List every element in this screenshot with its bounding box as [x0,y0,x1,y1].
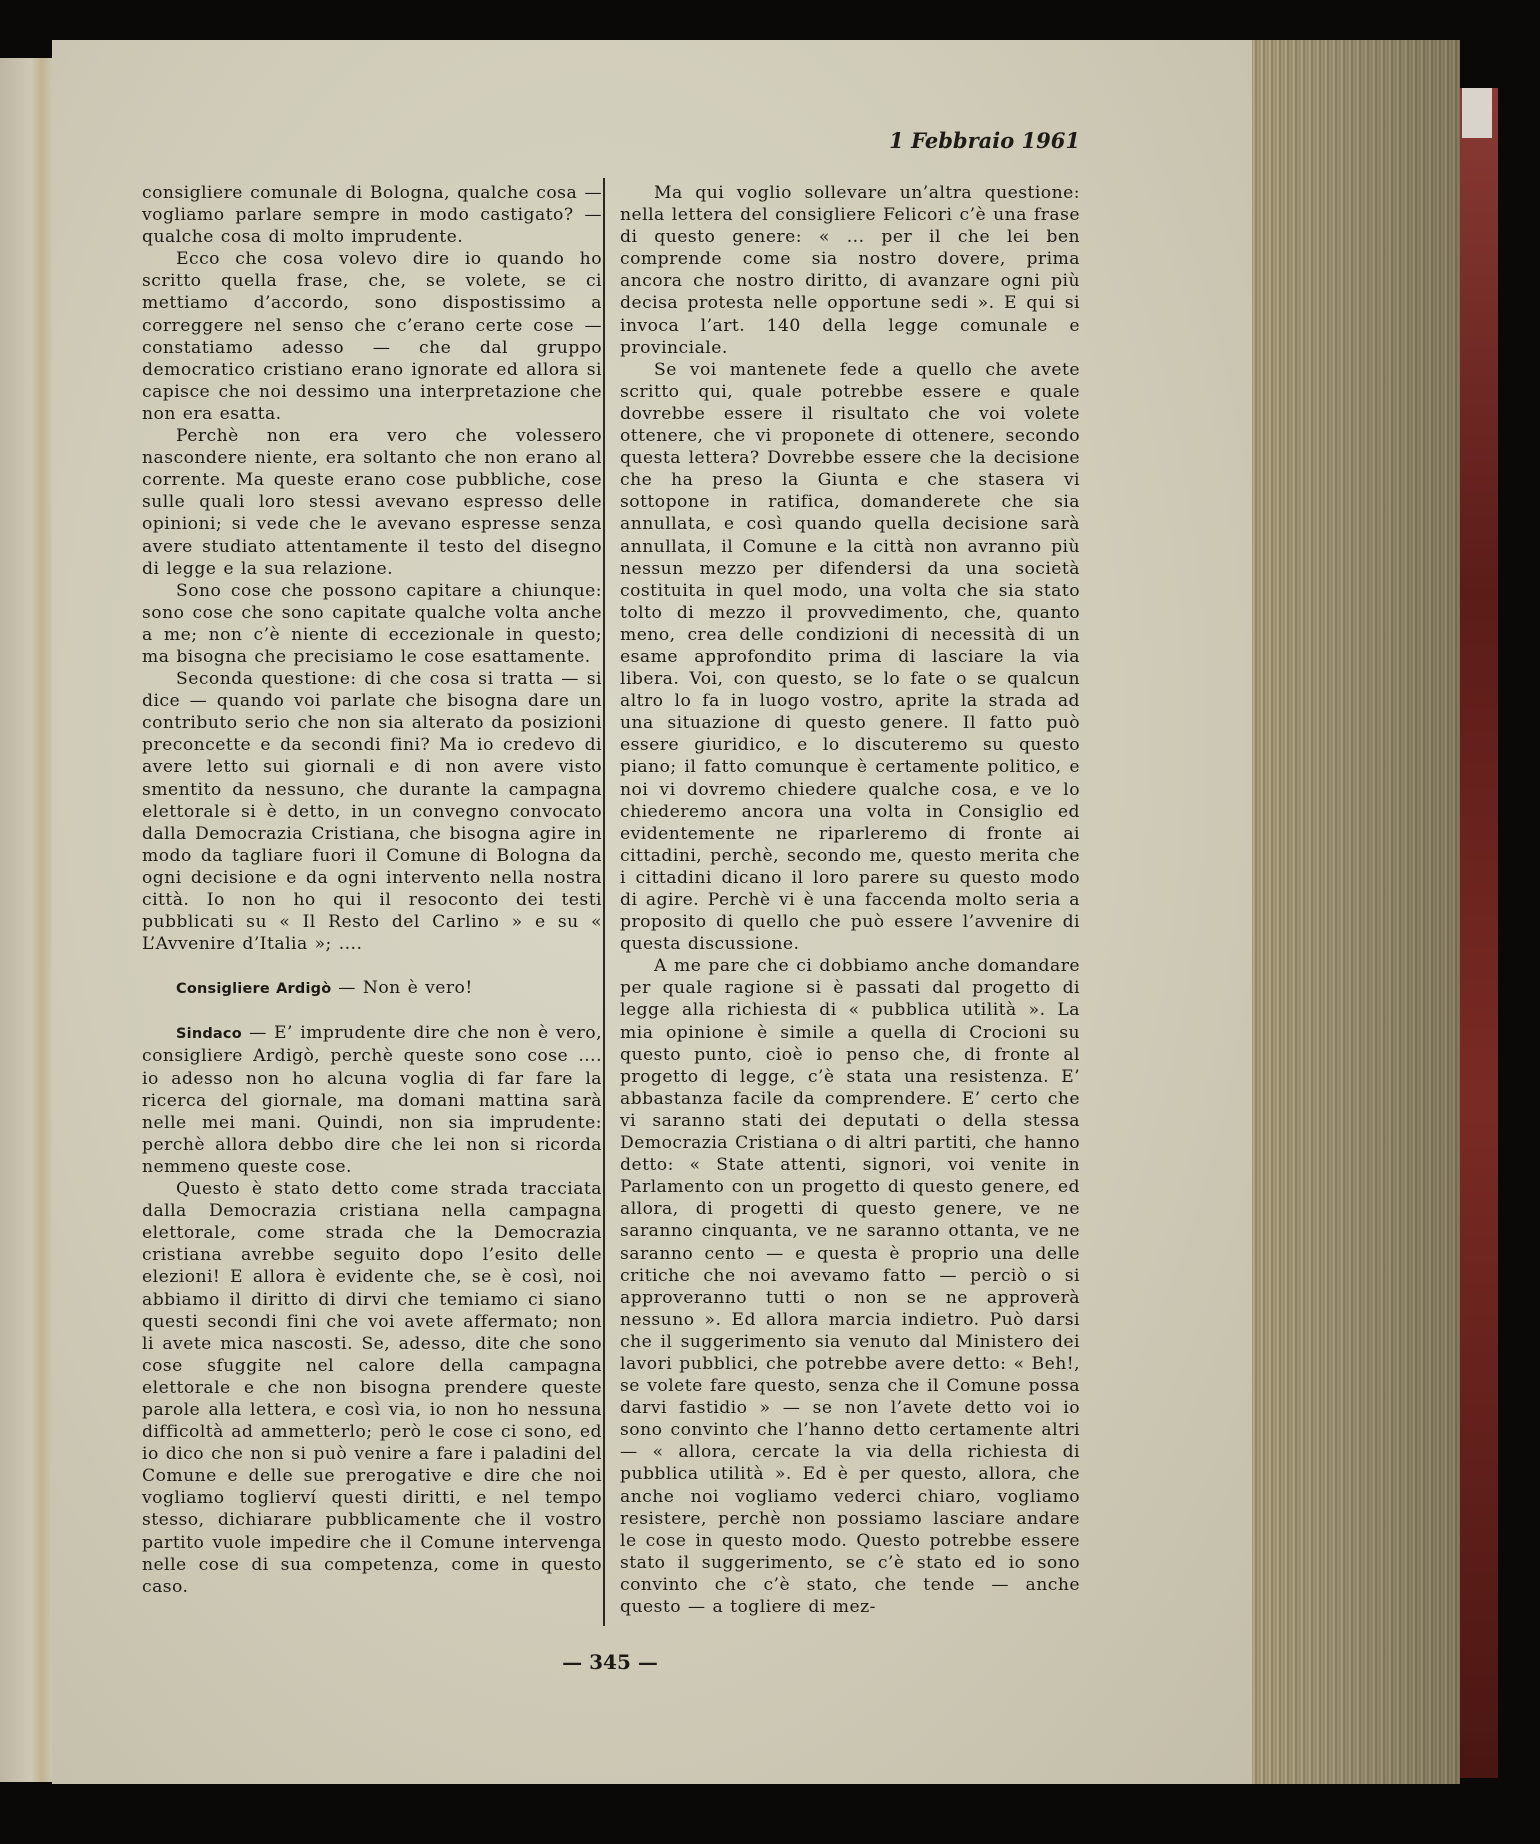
facing-page-edge [0,58,52,1782]
right-text-column: Ma qui voglio sollevare un’altra questio… [620,182,1080,1618]
reply: Sindaco — E’ imprudente dire che non è v… [142,1022,602,1178]
speech-text: — E’ imprudente dire che non è vero, con… [142,1023,602,1177]
marbled-cover-edge [1460,88,1498,1778]
page-number: — 345 — [540,1650,680,1674]
speaker-name: Consigliere Ardigò [176,981,331,997]
column-divider [603,178,605,1626]
speaker-name: Sindaco [176,1026,242,1042]
paragraph: Seconda questione: di che cosa si tratta… [142,668,602,955]
paragraph: Ma qui voglio sollevare un’altra questio… [620,182,1080,359]
paragraph: Se voi mantenete fede a quello che avete… [620,359,1080,956]
paragraph: Questo è stato detto come strada traccia… [142,1178,602,1598]
page-stack-shadow [1252,40,1460,1784]
paragraph: Perchè non era vero che volessero nascon… [142,425,602,580]
paragraph: Ecco che cosa volevo dire io quando ho s… [142,248,602,425]
running-header-date: 1 Febbraio 1961 [870,128,1080,153]
speech-text: — Non è vero! [331,978,472,998]
cover-corner [1462,88,1492,138]
paragraph: A me pare che ci dobbiamo anche domandar… [620,955,1080,1618]
paragraph: consigliere comunale di Bologna, qualche… [142,182,602,248]
interjection: Consigliere Ardigò — Non è vero! [142,977,602,1000]
left-text-column: consigliere comunale di Bologna, qualche… [142,182,602,1598]
paragraph: Sono cose che possono capitare a chiunqu… [142,580,602,668]
